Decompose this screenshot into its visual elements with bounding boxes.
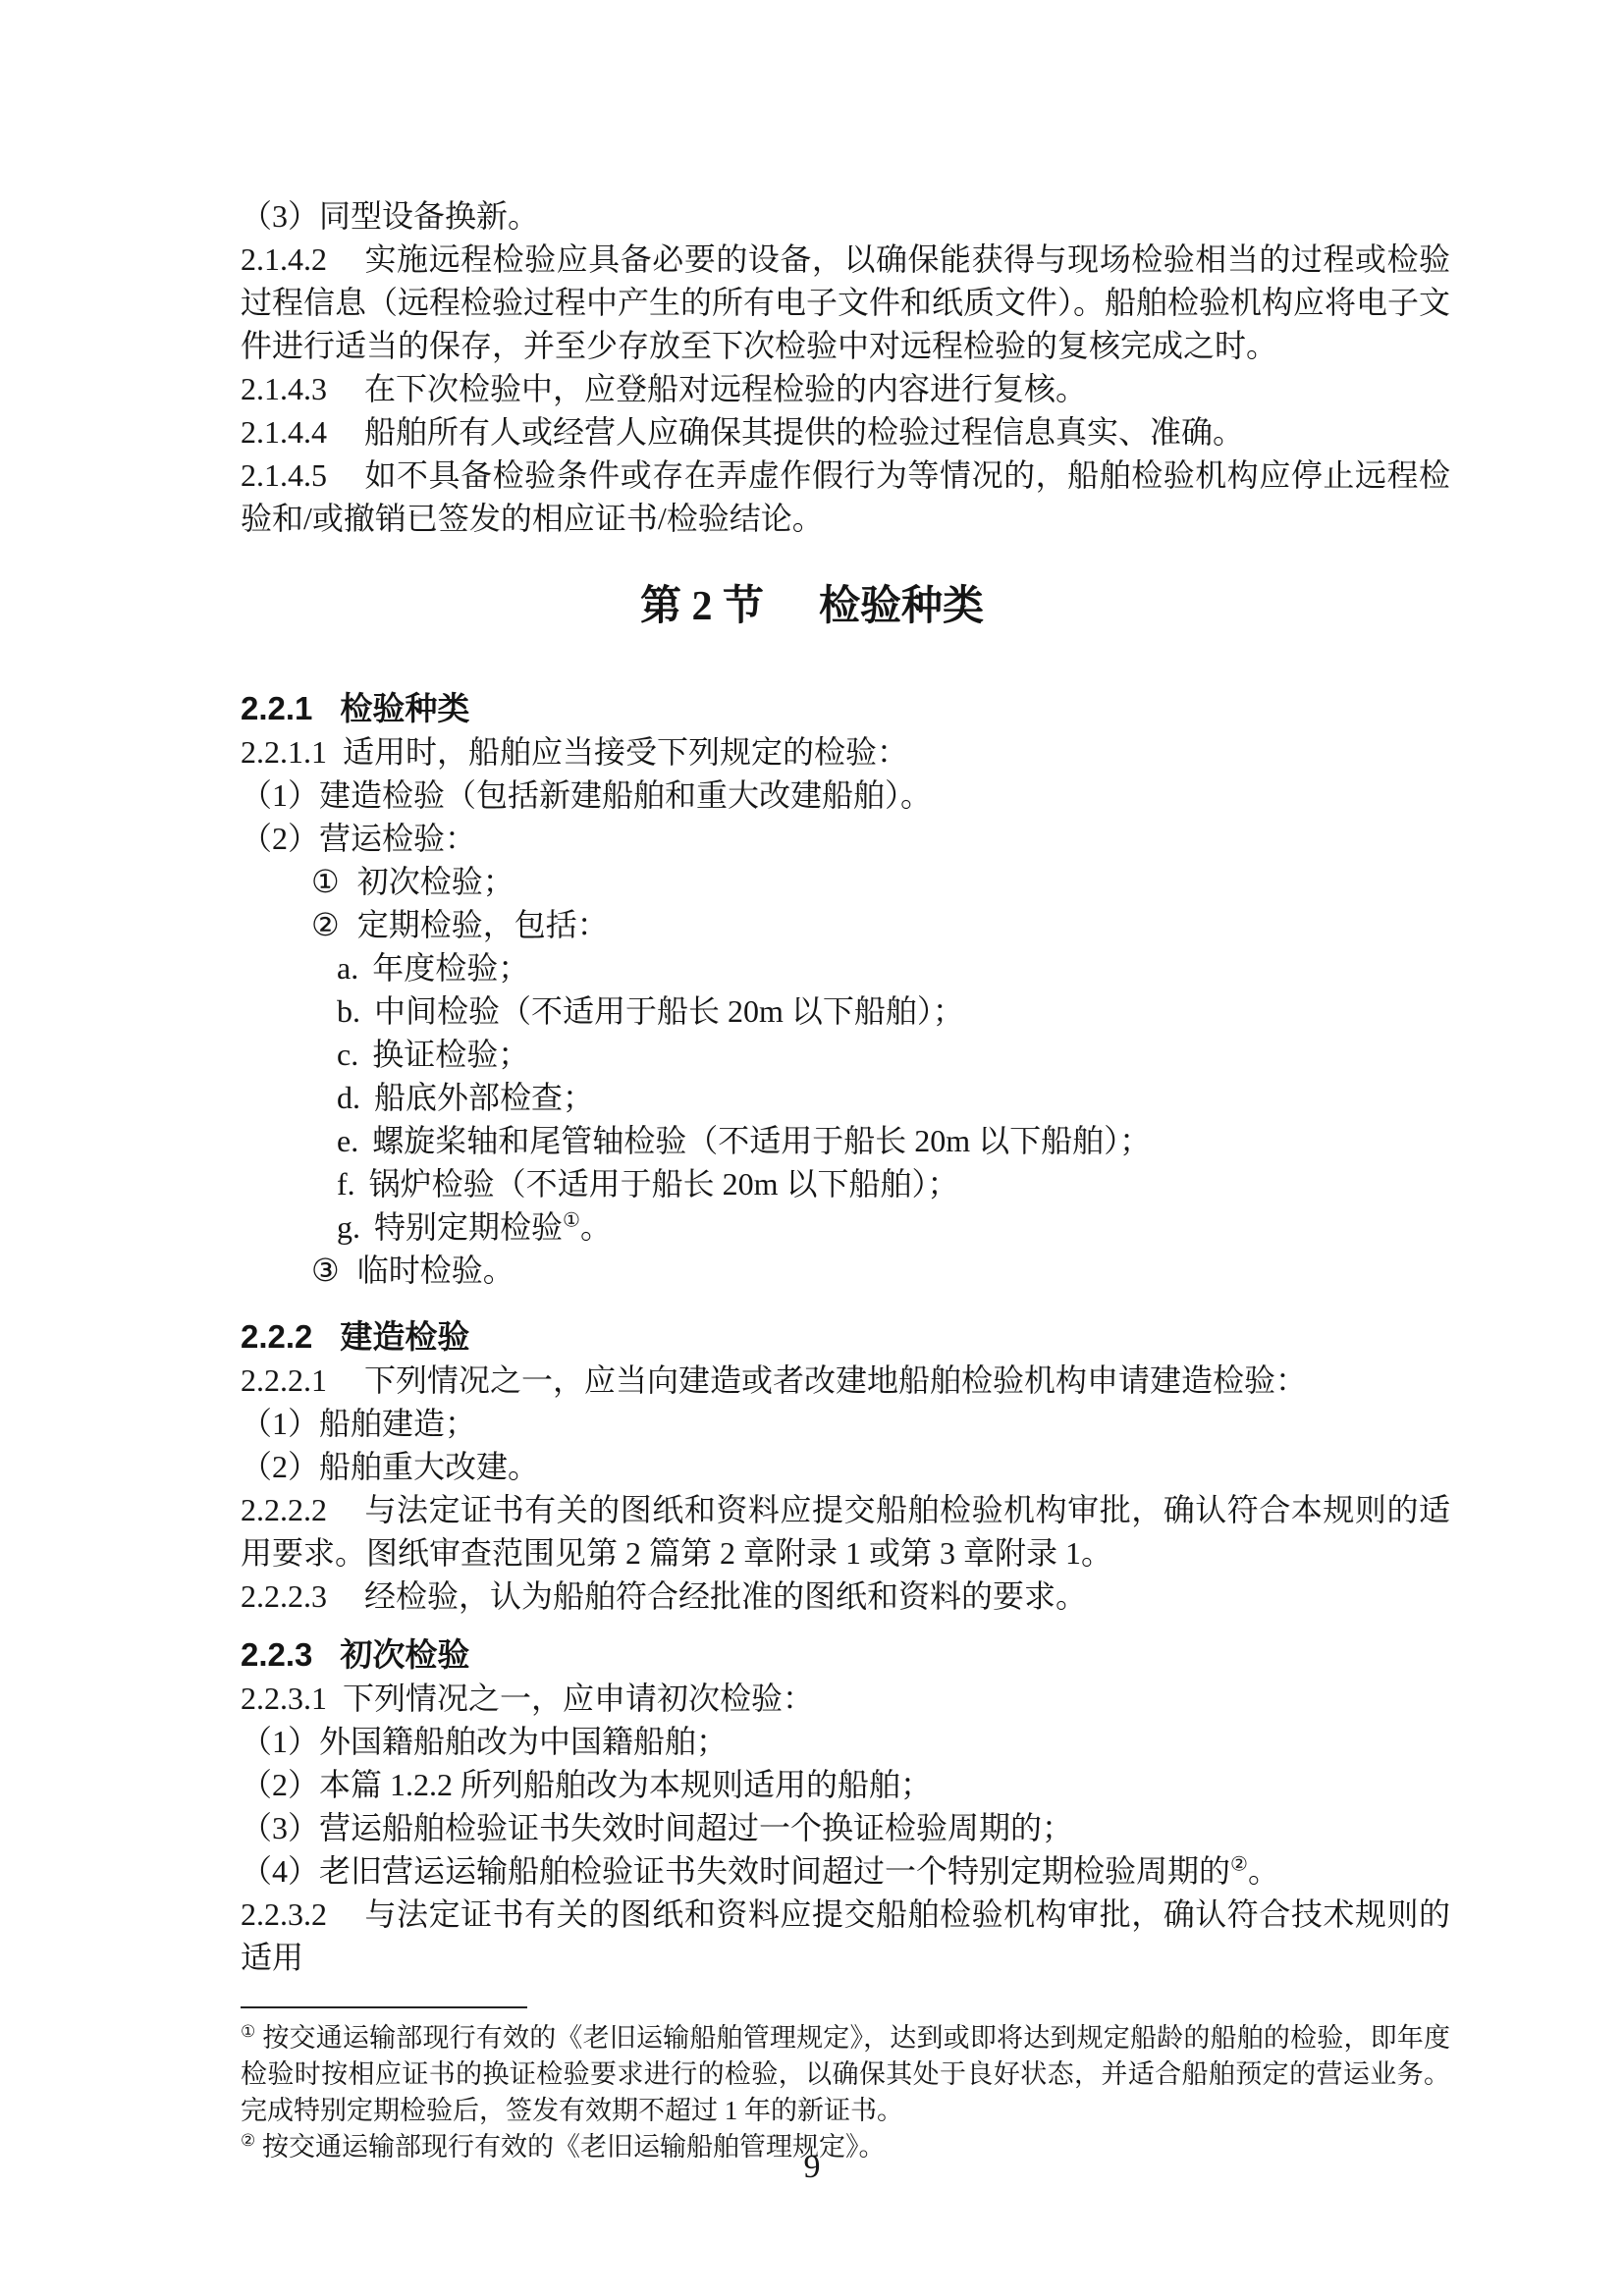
heading-2-2-3: 2.2.3初次检验 bbox=[241, 1633, 1450, 1677]
sub-list-item: ①初次检验； bbox=[311, 860, 1450, 903]
list-item: （1）外国籍船舶改为中国籍船舶； bbox=[241, 1720, 1450, 1763]
clause-2-1-4-2: 2.1.4.2实施远程检验应具备必要的设备，以确保能获得与现场检验相当的过程或检… bbox=[241, 238, 1450, 367]
clause-number: 2.2.1.1 bbox=[241, 734, 327, 770]
clause-text: 与法定证书有关的图纸和资料应提交船舶检验机构审批，确认符合技术规则的适用 bbox=[241, 1896, 1450, 1975]
footnote-separator bbox=[241, 2006, 527, 2008]
letter-list-item: g.特别定期检验①。 bbox=[337, 1205, 1450, 1249]
letter-item-text: 换证检验； bbox=[372, 1037, 529, 1072]
list-item: （3）同型设备换新。 bbox=[241, 194, 1450, 238]
letter-marker: c. bbox=[337, 1037, 358, 1072]
page-body: （3）同型设备换新。 2.1.4.2实施远程检验应具备必要的设备，以确保能获得与… bbox=[241, 194, 1450, 2165]
letter-list-item: e.螺旋桨轴和尾管轴检验（不适用于船长 20m 以下船舶）； bbox=[337, 1119, 1450, 1162]
sub-list-item-text: 定期检验，包括： bbox=[357, 907, 609, 942]
document-page: （3）同型设备换新。 2.1.4.2实施远程检验应具备必要的设备，以确保能获得与… bbox=[0, 0, 1624, 2296]
heading-2-2-1: 2.2.1检验种类 bbox=[241, 687, 1450, 730]
letter-item-text: 年度检验； bbox=[372, 950, 529, 986]
clause-2-2-3-1: 2.2.3.1下列情况之一，应申请初次检验： bbox=[241, 1677, 1450, 1720]
clause-2-1-4-5: 2.1.4.5如不具备检验条件或存在弄虚作假行为等情况的，船舶检验机构应停止远程… bbox=[241, 454, 1450, 540]
list-item-text: （2）本篇 1.2.2 所列船舶改为本规则适用的船舶； bbox=[241, 1767, 932, 1802]
heading-number: 2.2.1 bbox=[241, 690, 312, 726]
clause-text: 实施远程检验应具备必要的设备，以确保能获得与现场检验相当的过程或检验过程信息（远… bbox=[241, 241, 1450, 363]
letter-marker: f. bbox=[337, 1166, 355, 1201]
list-item-text: （4）老旧营运运输船舶检验证书失效时间超过一个特别定期检验周期的 bbox=[241, 1853, 1230, 1889]
clause-number: 2.1.4.4 bbox=[241, 414, 327, 450]
list-item-text: （2）营运检验： bbox=[241, 821, 476, 856]
clause-text: 下列情况之一，应申请初次检验： bbox=[343, 1681, 814, 1716]
sub-list-item: ②定期检验，包括： bbox=[311, 903, 1450, 946]
footnote-text: 按交通运输部现行有效的《老旧运输船舶管理规定》，达到或即将达到规定船龄的船舶的检… bbox=[241, 2023, 1450, 2125]
clause-number: 2.2.3.2 bbox=[241, 1896, 327, 1932]
heading-number: 2.2.3 bbox=[241, 1636, 312, 1673]
circled-number-marker: ① bbox=[311, 864, 340, 899]
list-item: （2）本篇 1.2.2 所列船舶改为本规则适用的船舶； bbox=[241, 1763, 1450, 1806]
clause-2-2-1-1: 2.2.1.1适用时，船舶应当接受下列规定的检验： bbox=[241, 730, 1450, 774]
sub-list-item-text: 临时检验。 bbox=[357, 1253, 514, 1288]
clause-2-1-4-3: 2.1.4.3在下次检验中，应登船对远程检验的内容进行复核。 bbox=[241, 367, 1450, 410]
letter-item-text: 船底外部检查； bbox=[374, 1080, 594, 1115]
clause-number: 2.1.4.2 bbox=[241, 241, 327, 277]
clause-text: 经检验，认为船舶符合经批准的图纸和资料的要求。 bbox=[364, 1578, 1087, 1614]
list-item: （3）营运船舶检验证书失效时间超过一个换证检验周期的； bbox=[241, 1806, 1450, 1849]
letter-item-tail: 。 bbox=[580, 1209, 612, 1245]
letter-list-item: f.锅炉检验（不适用于船长 20m 以下船舶）； bbox=[337, 1162, 1450, 1205]
page-number: 9 bbox=[0, 2146, 1624, 2189]
clause-2-2-2-1: 2.2.2.1下列情况之一，应当向建造或者改建地船舶检验机构申请建造检验： bbox=[241, 1359, 1450, 1402]
heading-text: 初次检验 bbox=[340, 1636, 469, 1673]
section-title: 第 2 节检验种类 bbox=[174, 579, 1450, 634]
list-item-text: （2）船舶重大改建。 bbox=[241, 1449, 539, 1484]
list-item-text: （1）外国籍船舶改为中国籍船舶； bbox=[241, 1724, 728, 1759]
clause-2-2-2-3: 2.2.2.3经检验，认为船舶符合经批准的图纸和资料的要求。 bbox=[241, 1575, 1450, 1618]
sub-list-item: ③临时检验。 bbox=[311, 1249, 1450, 1292]
letter-list-item: a.年度检验； bbox=[337, 946, 1450, 989]
list-item: （2）营运检验： bbox=[241, 817, 1450, 860]
letter-list-item: b.中间检验（不适用于船长 20m 以下船舶）； bbox=[337, 989, 1450, 1033]
clause-text: 与法定证书有关的图纸和资料应提交船舶检验机构审批，确认符合本规则的适用要求。图纸… bbox=[241, 1492, 1450, 1571]
heading-number: 2.2.2 bbox=[241, 1318, 312, 1355]
circled-number-marker: ② bbox=[311, 907, 340, 942]
letter-list-item: d.船底外部检查； bbox=[337, 1076, 1450, 1119]
clause-number: 2.2.2.3 bbox=[241, 1578, 327, 1614]
clause-number: 2.2.2.2 bbox=[241, 1492, 327, 1527]
list-item-text: （3）营运船舶检验证书失效时间超过一个换证检验周期的； bbox=[241, 1810, 1073, 1845]
footnote-reference-1: ① bbox=[563, 1209, 580, 1231]
letter-list-item: c.换证检验； bbox=[337, 1033, 1450, 1076]
clause-number: 2.2.2.1 bbox=[241, 1362, 327, 1398]
list-item-text: （1）建造检验（包括新建船舶和重大改建船舶）。 bbox=[241, 777, 932, 813]
letter-marker: a. bbox=[337, 950, 358, 986]
list-item-tail: 。 bbox=[1248, 1853, 1279, 1889]
letter-item-text: 中间检验（不适用于船长 20m 以下船舶）； bbox=[374, 993, 964, 1029]
clause-text: 适用时，船舶应当接受下列规定的检验： bbox=[343, 734, 908, 770]
section-title-name: 检验种类 bbox=[819, 584, 984, 629]
clause-text: 船舶所有人或经营人应确保其提供的检验过程信息真实、准确。 bbox=[364, 414, 1244, 450]
clause-number: 2.1.4.3 bbox=[241, 371, 327, 406]
footnote-1: ① 按交通运输部现行有效的《老旧运输船舶管理规定》，达到或即将达到规定船龄的船舶… bbox=[241, 2020, 1450, 2129]
letter-item-text: 螺旋桨轴和尾管轴检验（不适用于船长 20m 以下船舶）； bbox=[372, 1123, 1151, 1158]
clause-text: 如不具备检验条件或存在弄虚作假行为等情况的，船舶检验机构应停止远程检验和/或撤销… bbox=[241, 457, 1450, 536]
heading-2-2-2: 2.2.2建造检验 bbox=[241, 1315, 1450, 1359]
clause-2-1-4-4: 2.1.4.4船舶所有人或经营人应确保其提供的检验过程信息真实、准确。 bbox=[241, 410, 1450, 454]
list-item: （4）老旧营运运输船舶检验证书失效时间超过一个特别定期检验周期的②。 bbox=[241, 1849, 1450, 1893]
list-item: （2）船舶重大改建。 bbox=[241, 1445, 1450, 1488]
list-item: （1）建造检验（包括新建船舶和重大改建船舶）。 bbox=[241, 774, 1450, 817]
list-item: （1）船舶建造； bbox=[241, 1402, 1450, 1445]
footnote-marker-1: ① bbox=[241, 2022, 255, 2041]
sub-list-item-text: 初次检验； bbox=[357, 864, 514, 899]
letter-marker: d. bbox=[337, 1080, 360, 1115]
clause-2-2-3-2: 2.2.3.2与法定证书有关的图纸和资料应提交船舶检验机构审批，确认符合技术规则… bbox=[241, 1893, 1450, 1979]
clause-number: 2.2.3.1 bbox=[241, 1681, 327, 1716]
letter-marker: e. bbox=[337, 1123, 358, 1158]
clause-number: 2.1.4.5 bbox=[241, 457, 327, 493]
letter-marker: g. bbox=[337, 1209, 360, 1245]
heading-text: 建造检验 bbox=[340, 1318, 469, 1355]
list-item-text: （3）同型设备换新。 bbox=[241, 198, 539, 234]
heading-text: 检验种类 bbox=[340, 690, 469, 726]
clause-2-2-2-2: 2.2.2.2与法定证书有关的图纸和资料应提交船舶检验机构审批，确认符合本规则的… bbox=[241, 1488, 1450, 1575]
section-title-number: 第 2 节 bbox=[640, 584, 764, 629]
clause-text: 在下次检验中，应登船对远程检验的内容进行复核。 bbox=[364, 371, 1087, 406]
clause-text: 下列情况之一，应当向建造或者改建地船舶检验机构申请建造检验： bbox=[364, 1362, 1307, 1398]
letter-item-text: 锅炉检验（不适用于船长 20m 以下船舶）； bbox=[369, 1166, 959, 1201]
circled-number-marker: ③ bbox=[311, 1253, 340, 1288]
list-item-text: （1）船舶建造； bbox=[241, 1406, 476, 1441]
letter-item-text: 特别定期检验 bbox=[374, 1209, 563, 1245]
letter-marker: b. bbox=[337, 993, 360, 1029]
footnote-reference-2: ② bbox=[1230, 1853, 1248, 1875]
